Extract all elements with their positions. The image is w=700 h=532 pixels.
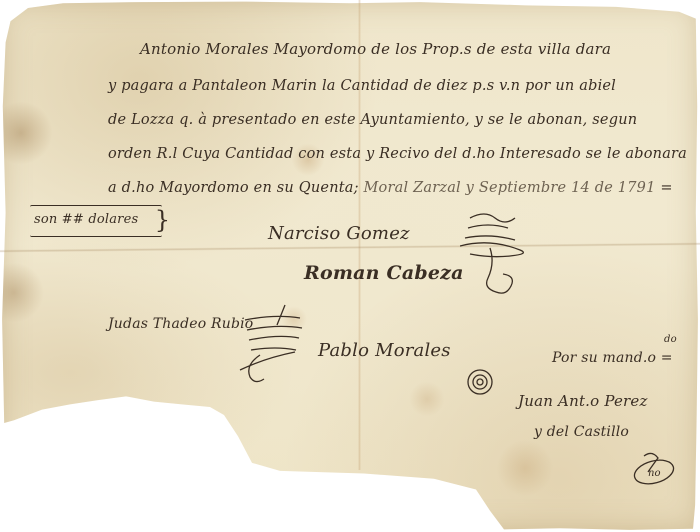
body-line-5: a d.ho Mayordomo en su Quenta; Moral Zar…: [108, 180, 673, 196]
scanned-document: Antonio Morales Mayordomo de los Prop.s …: [0, 0, 700, 532]
rubric-flourish-icon: [460, 208, 540, 308]
rubric-flourish-icon: [225, 300, 315, 390]
body-line-2: y pagara a Pantaleon Marin la Cantidad d…: [108, 78, 616, 94]
body-line-4: orden R.l Cuya Cantidad con esta y Reciv…: [108, 146, 687, 162]
abbreviation-superscript: do: [664, 334, 677, 345]
rubric-spiral-icon: [462, 360, 502, 400]
brace-icon: }: [155, 208, 170, 232]
body-line-3: de Lozza q. à presentado en este Ayuntam…: [108, 112, 637, 128]
amount-note: son ## dolares: [34, 212, 138, 227]
signature-narciso-gomez: Narciso Gomez: [268, 223, 410, 244]
amount-note-box: son ## dolares }: [30, 205, 162, 237]
body-line-5-text: a d.ho Mayordomo en su Quenta;: [108, 180, 359, 196]
signature-pablo-morales: Pablo Morales: [318, 340, 451, 361]
signature-roman-cabeza: Roman Cabeza: [304, 262, 464, 284]
body-line-1: Antonio Morales Mayordomo de los Prop.s …: [140, 40, 611, 58]
date-place: Moral Zarzal y Septiembre 14 de 1791: [364, 180, 656, 196]
signature-juan-antonio-perez: Juan Ant.o Perez: [518, 392, 648, 410]
by-order-note: Por su mand.o =: [552, 350, 673, 366]
date-place-suffix: =: [660, 180, 672, 196]
signature-castillo: y del Castillo: [534, 424, 629, 440]
rubric-initials: no: [648, 468, 660, 479]
rubric-oval-icon: no: [630, 448, 680, 488]
